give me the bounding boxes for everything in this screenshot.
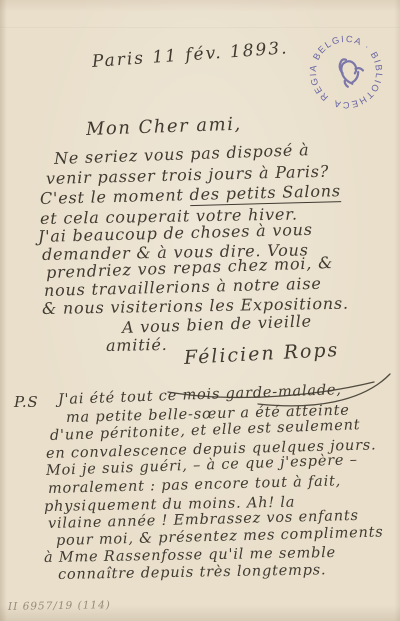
- postscript-label: P.S: [14, 393, 39, 411]
- salons-underlined: des petits Salons: [189, 181, 341, 206]
- stamp-text-ring: REGIA BELGICA · BIBLIOTHECA ·: [300, 26, 392, 118]
- dateline: Paris 11 fév. 1893.: [91, 38, 289, 72]
- postscript-line: connaître depuis très longtemps.: [58, 562, 327, 583]
- lion-icon: [331, 57, 363, 89]
- salons-prefix: C'est le moment: [40, 185, 190, 208]
- letter-page: REGIA BELGICA · BIBLIOTHECA · Paris 11 f…: [0, 0, 400, 621]
- library-stamp: REGIA BELGICA · BIBLIOTHECA ·: [300, 26, 392, 118]
- catalog-mark: II 6957/19 (114): [8, 599, 111, 613]
- salutation: Mon Cher ami,: [86, 114, 242, 140]
